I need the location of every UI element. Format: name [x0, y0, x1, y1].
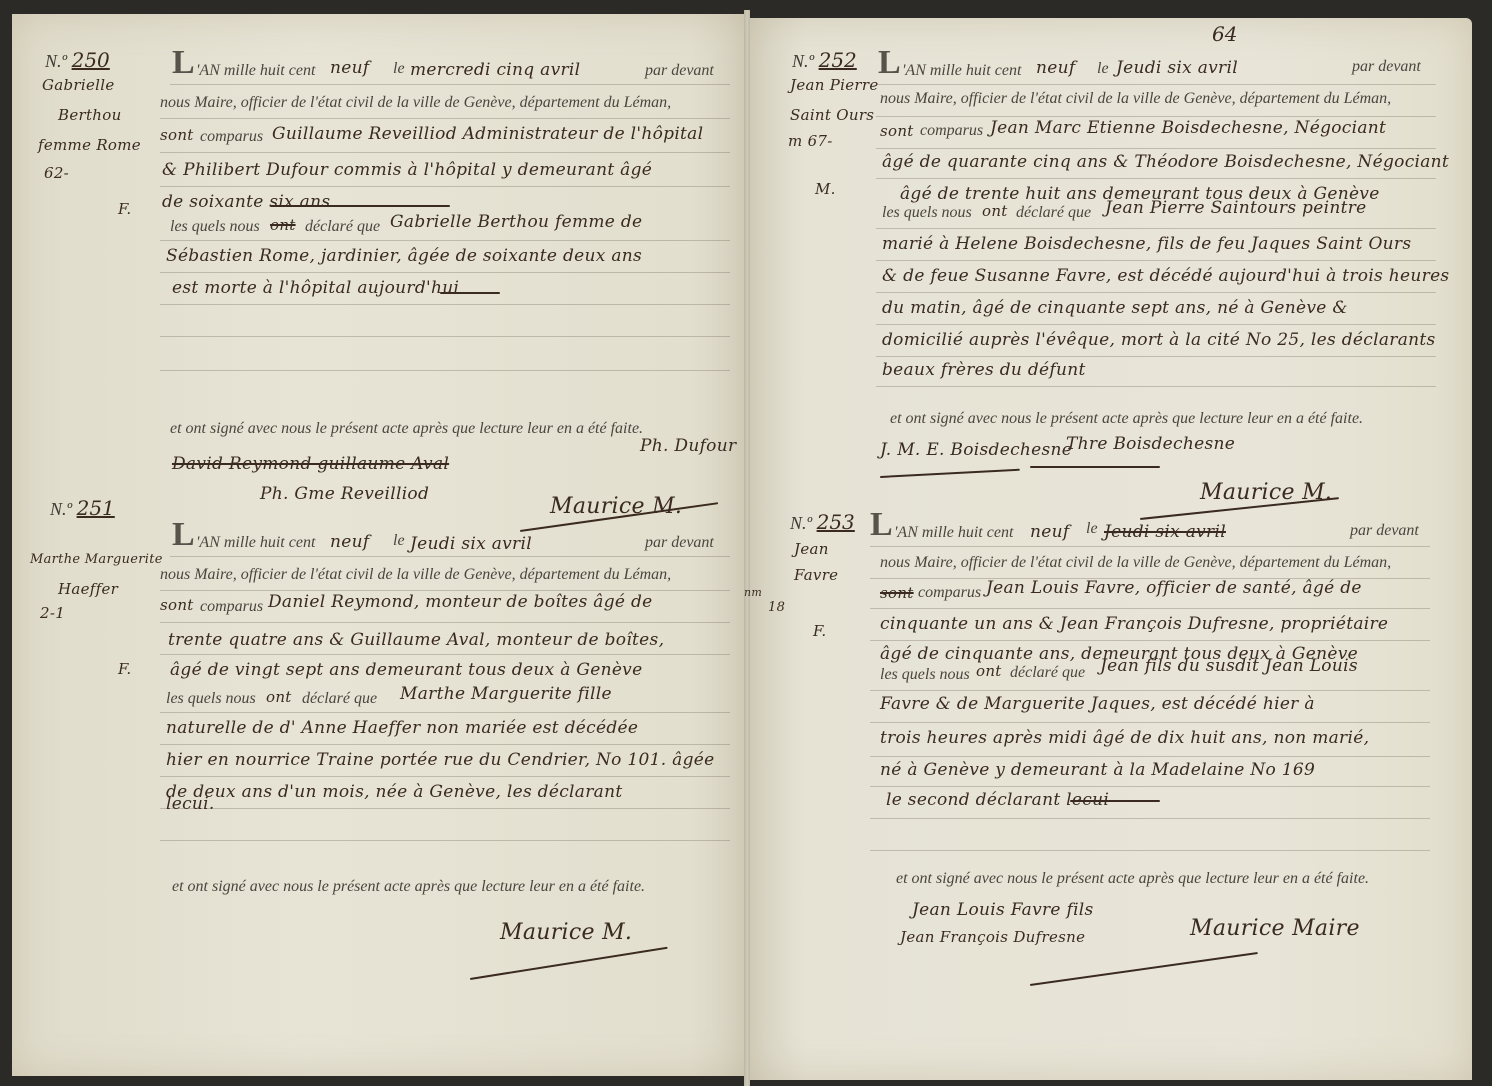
declaration-line: naturelle de d' Anne Haeffer non mariée … — [166, 718, 638, 738]
entry-number: N.º 250 — [45, 48, 110, 72]
comparus-text: comparus — [920, 122, 983, 140]
declare-que-text: déclaré que — [305, 218, 380, 236]
declaration-line: beaux frères du défunt — [882, 360, 1086, 380]
declaration-line: lecui. — [166, 794, 215, 814]
comparant-line: Jean Louis Favre, officier de santé, âgé… — [986, 578, 1362, 598]
book-gutter — [744, 10, 750, 1086]
year-field: neuf — [1030, 522, 1069, 542]
signature-maire: Maurice Maire — [1190, 916, 1360, 941]
declaration-line: Favre & de Marguerite Jaques, est décédé… — [880, 694, 1315, 714]
margin-name-line: nm — [744, 586, 762, 599]
declaration-line: du matin, âgé de cinquante sept ans, né … — [882, 298, 1348, 318]
sont-word: sont — [880, 122, 914, 140]
opening-text: 'AN mille huit cent — [196, 62, 315, 80]
sont-word: sont — [880, 584, 914, 602]
entry-number: N.º 253 — [790, 510, 855, 534]
initial-L: L — [172, 516, 195, 554]
declare-que-text: déclaré que — [302, 690, 377, 708]
initial-L: L — [878, 44, 901, 82]
page-number: 64 — [1212, 22, 1237, 46]
comparant-line: Daniel Reymond, monteur de boîtes âgé de — [268, 592, 653, 612]
comparant-line: âgé de vingt sept ans demeurant tous deu… — [170, 660, 642, 680]
margin-name-line: Gabrielle — [42, 76, 115, 94]
par-devant-text: par devant — [645, 62, 714, 80]
par-devant-text: par devant — [645, 534, 714, 552]
le-text: le — [1097, 60, 1109, 78]
comparant-line: & Philibert Dufour commis à l'hôpital y … — [162, 160, 652, 180]
margin-name-line: Haeffer — [58, 580, 118, 598]
closing-text: et ont signé avec nous le présent acte a… — [170, 420, 643, 438]
signature: Ph. Dufour — [640, 436, 736, 456]
declaration-line: marié à Helene Boisdechesne, fils de feu… — [882, 234, 1411, 254]
declaration-line: de deux ans d'un mois, née à Genève, les… — [166, 782, 622, 802]
signature: J. M. E. Boisdechesne — [880, 440, 1072, 460]
comparant-line: trente quatre ans & Guillaume Aval, mont… — [168, 630, 664, 650]
declaration-line: Marthe Marguerite fille — [400, 684, 612, 704]
year-field: neuf — [330, 532, 369, 552]
officier-line: nous Maire, officier de l'état civil de … — [160, 566, 671, 584]
ont-word: ont — [976, 662, 1002, 680]
declaration-line: Gabrielle Berthou femme de — [390, 212, 642, 232]
comparant-line: cinquante un ans & Jean François Dufresn… — [880, 614, 1388, 634]
signature: Jean Louis Favre fils — [912, 900, 1094, 920]
opening-text: 'AN mille huit cent — [902, 62, 1021, 80]
signature: Thre Boisdechesne — [1066, 434, 1235, 454]
officier-line: nous Maire, officier de l'état civil de … — [880, 554, 1391, 572]
comparus-text: comparus — [918, 584, 981, 602]
margin-name-line: 18 — [768, 600, 785, 615]
margin-name-line: 2-1 — [40, 604, 65, 622]
date-field: mercredi cinq avril — [410, 60, 580, 80]
margin-name-line: Jean — [794, 540, 829, 558]
date-field: Jeudi six avril — [1116, 58, 1238, 78]
declaration-line: Jean fils du susdit Jean Louis — [1100, 656, 1358, 676]
margin-name-line: m 67- — [788, 132, 833, 150]
margin-mark: M. — [815, 180, 836, 198]
signature: Jean François Dufresne — [900, 928, 1085, 946]
le-text: le — [1086, 520, 1098, 538]
margin-name-line: 62- — [44, 164, 69, 182]
declaration-line: hier en nourrice Traine portée rue du Ce… — [166, 750, 715, 770]
closing-text: et ont signé avec nous le présent acte a… — [172, 878, 645, 896]
comparant-line: de soixante six ans — [162, 192, 330, 212]
margin-name-line: Saint Ours — [790, 106, 874, 124]
declaration-line: Sébastien Rome, jardinier, âgée de soixa… — [166, 246, 642, 266]
declare-que-text: déclaré que — [1010, 664, 1085, 682]
declaration-line: & de feue Susanne Favre, est décédé aujo… — [882, 266, 1449, 286]
signature: Ph. Gme Reveilliod — [260, 484, 429, 504]
comparant-line: Guillaume Reveilliod Administrateur de l… — [272, 124, 703, 144]
officier-line: nous Maire, officier de l'état civil de … — [880, 90, 1391, 108]
lesquels-text: les quels nous — [882, 204, 972, 222]
initial-L: L — [172, 44, 195, 82]
lesquels-text: les quels nous — [166, 690, 256, 708]
signature-maire: Maurice M. — [550, 494, 682, 519]
year-field: neuf — [1036, 58, 1075, 78]
ont-word: ont — [266, 688, 292, 706]
declaration-line: Jean Pierre Saintours peintre — [1105, 198, 1367, 218]
date-field: Jeudi six avril — [410, 534, 532, 554]
declaration-line: né à Genève y demeurant à la Madelaine N… — [880, 760, 1315, 780]
margin-name-line: Berthou — [58, 106, 122, 124]
closing-text: et ont signé avec nous le présent acte a… — [890, 410, 1363, 428]
margin-name-line: femme Rome — [38, 136, 141, 154]
entry-number: N.º 251 — [50, 496, 115, 520]
declaration-line: est morte à l'hôpital aujourd'hui — [172, 278, 459, 298]
opening-text: 'AN mille huit cent — [894, 524, 1013, 542]
initial-L: L — [870, 506, 893, 544]
sont-word: sont — [160, 596, 194, 614]
officier-line: nous Maire, officier de l'état civil de … — [160, 94, 671, 112]
margin-name-line: Jean Pierre — [790, 76, 879, 94]
margin-name-line: Marthe Marguerite — [30, 552, 163, 567]
margin-mark: F. — [118, 660, 131, 678]
ont-word: ont — [982, 202, 1008, 220]
ont-word: ont — [270, 216, 296, 234]
sont-word: sont — [160, 126, 194, 144]
le-text: le — [393, 532, 405, 550]
signature-maire: Maurice M. — [500, 920, 632, 945]
signature-struck: David Reymond guillaume Aval — [172, 454, 449, 474]
le-text: le — [393, 60, 405, 78]
date-field: Jeudi six avril — [1104, 522, 1226, 542]
margin-name-line: Favre — [794, 566, 838, 584]
declare-que-text: déclaré que — [1016, 204, 1091, 222]
opening-text: 'AN mille huit cent — [196, 534, 315, 552]
lesquels-text: les quels nous — [880, 666, 970, 684]
comparant-line: âgé de quarante cinq ans & Théodore Bois… — [882, 152, 1449, 172]
comparus-text: comparus — [200, 598, 263, 616]
comparant-line: Jean Marc Etienne Boisdechesne, Négocian… — [990, 118, 1386, 138]
par-devant-text: par devant — [1350, 522, 1419, 540]
lesquels-text: les quels nous — [170, 218, 260, 236]
entry-number: N.º 252 — [792, 48, 857, 72]
margin-mark: F. — [118, 200, 131, 218]
margin-mark: F. — [813, 622, 826, 640]
closing-text: et ont signé avec nous le présent acte a… — [896, 870, 1369, 888]
par-devant-text: par devant — [1352, 58, 1421, 76]
comparus-text: comparus — [200, 128, 263, 146]
declaration-line: domicilié auprès l'évêque, mort à la cit… — [882, 330, 1436, 350]
declaration-line: trois heures après midi âgé de dix huit … — [880, 728, 1369, 748]
year-field: neuf — [330, 58, 369, 78]
